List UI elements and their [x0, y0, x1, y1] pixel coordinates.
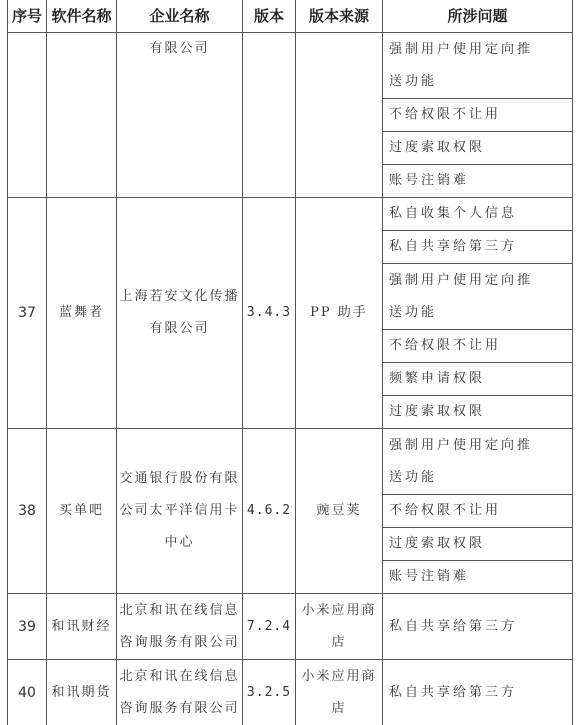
cell-company: 交通银行股份有限 公司太平洋信用卡 中心	[117, 429, 243, 594]
header-company-name: 企业名称	[117, 0, 243, 33]
header-index: 序号	[8, 0, 47, 33]
cell-issue: 强制用户使用定向推 送功能	[383, 264, 573, 330]
cell-issue: 强制用户使用定向推 送功能	[383, 33, 573, 99]
cell-issue: 不给权限不让用	[383, 330, 573, 363]
header-issues: 所涉问题	[383, 0, 573, 33]
cell-index: 38	[8, 429, 47, 594]
cell-source	[296, 33, 383, 198]
cell-company: 上海若安文化传播 有限公司	[117, 198, 243, 429]
cell-source: 豌豆荚	[296, 429, 383, 594]
cell-issue: 不给权限不让用	[383, 99, 573, 132]
cell-software: 蓝舞者	[47, 198, 117, 429]
header-row: 序号 软件名称 企业名称 版本 版本来源 所涉问题	[8, 0, 573, 33]
table-row-40: 40 和讯期货 北京和讯在线信息 咨询服务有限公司 3.2.5 小米应用商 店 …	[8, 660, 573, 725]
cell-index	[8, 33, 47, 198]
header-software-name: 软件名称	[47, 0, 117, 33]
cell-source: PP 助手	[296, 198, 383, 429]
cell-software: 和讯期货	[47, 660, 117, 725]
cell-version: 3.2.5	[243, 660, 296, 725]
cell-company: 北京和讯在线信息 咨询服务有限公司	[117, 594, 243, 660]
cell-issue: 账号注销难	[383, 561, 573, 594]
cell-issue: 强制用户使用定向推 送功能	[383, 429, 573, 495]
cell-software: 和讯财经	[47, 594, 117, 660]
cell-issue: 私自共享给第三方	[383, 594, 573, 660]
table-row-38: 38 买单吧 交通银行股份有限 公司太平洋信用卡 中心 4.6.2 豌豆荚 强制…	[8, 429, 573, 495]
cell-source: 小米应用商 店	[296, 594, 383, 660]
table-row-37: 37 蓝舞者 上海若安文化传播 有限公司 3.4.3 PP 助手 私自收集个人信…	[8, 198, 573, 231]
cell-version: 3.4.3	[243, 198, 296, 429]
header-version: 版本	[243, 0, 296, 33]
cell-version	[243, 33, 296, 198]
cell-issue: 过度索取权限	[383, 528, 573, 561]
cell-issue: 过度索取权限	[383, 396, 573, 429]
cell-company: 有限公司	[117, 33, 243, 198]
cell-company: 北京和讯在线信息 咨询服务有限公司	[117, 660, 243, 725]
cell-software: 买单吧	[47, 429, 117, 594]
cell-issue: 私自共享给第三方	[383, 231, 573, 264]
header-version-source: 版本来源	[296, 0, 383, 33]
table-row-continued: 有限公司 强制用户使用定向推 送功能	[8, 33, 573, 99]
cell-version: 7.2.4	[243, 594, 296, 660]
cell-issue: 过度索取权限	[383, 132, 573, 165]
cell-index: 40	[8, 660, 47, 725]
cell-version: 4.6.2	[243, 429, 296, 594]
cell-issue: 账号注销难	[383, 165, 573, 198]
cell-issue: 频繁申请权限	[383, 363, 573, 396]
app-violation-table: 序号 软件名称 企业名称 版本 版本来源 所涉问题 有限公司 强制用户使用定向推…	[7, 0, 573, 725]
cell-software	[47, 33, 117, 198]
table-row-39: 39 和讯财经 北京和讯在线信息 咨询服务有限公司 7.2.4 小米应用商 店 …	[8, 594, 573, 660]
cell-source: 小米应用商 店	[296, 660, 383, 725]
cell-index: 37	[8, 198, 47, 429]
cell-index: 39	[8, 594, 47, 660]
cell-issue: 私自共享给第三方	[383, 660, 573, 725]
cell-issue: 私自收集个人信息	[383, 198, 573, 231]
cell-issue: 不给权限不让用	[383, 495, 573, 528]
